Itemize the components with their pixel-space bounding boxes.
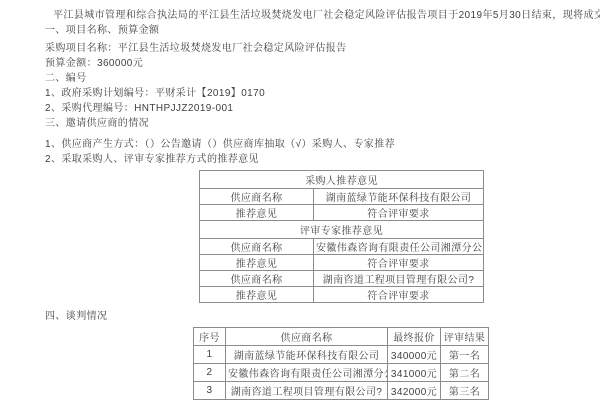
row-index-cell: 1 xyxy=(194,346,226,364)
buyer-recommendation-title: 采购人推荐意见 xyxy=(200,171,484,189)
supplier-cell: 安徽伟森咨询有限责任公司湘潭分公司 xyxy=(226,364,388,382)
recommend-opinion-label: 推荐意见 xyxy=(200,205,314,221)
intro-paragraph: 平江县城市管理和综合执法局的平江县生活垃圾焚烧发电厂社会稳定风险评估报告项目于2… xyxy=(0,8,600,23)
table-row: 3 湖南咨道工程项目管理有限公司? 342000元 第三名 xyxy=(194,382,489,400)
recommend-opinion-label: 推荐意见 xyxy=(200,255,314,271)
result-cell: 第二名 xyxy=(441,364,489,382)
section2-heading: 二、编号 xyxy=(0,71,600,86)
supplier-method-line: 1、供应商产生方式：（）公告邀请（）供应商库抽取（√）采购人、专家推荐 xyxy=(0,137,600,152)
supplier-name-value: 安徽伟森咨询有限责任公司湘潭分公司 xyxy=(314,239,484,255)
recommend-opinion-value: 符合评审要求 xyxy=(314,287,484,303)
agency-number-line: 2、采购代理编号：HNTHPJJZ2019-001 xyxy=(0,101,600,116)
recommendation-table: 采购人推荐意见 供应商名称 湖南蓝绿节能环保科技有限公司 推荐意见 符合评审要求… xyxy=(199,170,484,303)
section4-heading: 四、谈判情况 xyxy=(0,309,600,324)
supplier-name-label: 供应商名称 xyxy=(200,239,314,255)
supplier-cell: 湖南蓝绿节能环保科技有限公司 xyxy=(226,346,388,364)
price-cell: 342000元 xyxy=(388,382,441,400)
section3-heading: 三、邀请供应商的情况 xyxy=(0,116,600,131)
table-row: 1 湖南蓝绿节能环保科技有限公司 340000元 第一名 xyxy=(194,346,489,364)
plan-number-line: 1、政府采购计划编号：平财采计【2019】0170 xyxy=(0,86,600,101)
supplier-name-label: 供应商名称 xyxy=(200,189,314,205)
table-row: 供应商名称 湖南咨道工程项目管理有限公司? xyxy=(200,271,484,287)
section1-heading: 一、项目名称、预算金额 xyxy=(0,23,600,38)
project-name-line: 采购项目名称：平江县生活垃圾焚烧发电厂社会稳定风险评估报告 xyxy=(0,41,600,56)
result-cell: 第一名 xyxy=(441,346,489,364)
recommend-opinion-value: 符合评审要求 xyxy=(314,205,484,221)
expert-recommendation-title: 评审专家推荐意见 xyxy=(200,221,484,239)
table-row: 推荐意见 符合评审要求 xyxy=(200,205,484,221)
budget-line: 预算金额：360000元 xyxy=(0,56,600,71)
row-index-cell: 2 xyxy=(194,364,226,382)
document-page: 平江县城市管理和综合执法局的平江县生活垃圾焚烧发电厂社会稳定风险评估报告项目于2… xyxy=(0,0,600,400)
supplier-cell: 湖南咨道工程项目管理有限公司? xyxy=(226,382,388,400)
recommend-opinion-value: 符合评审要求 xyxy=(314,255,484,271)
table-row: 推荐意见 符合评审要求 xyxy=(200,287,484,303)
row-index-cell: 3 xyxy=(194,382,226,400)
recommendation-intro-line: 2、采取采购人、评审专家推荐方式的推荐意见 xyxy=(0,152,600,167)
table-row: 2 安徽伟森咨询有限责任公司湘潭分公司 341000元 第二名 xyxy=(194,364,489,382)
col-header-supplier: 供应商名称 xyxy=(226,328,388,346)
supplier-name-label: 供应商名称 xyxy=(200,271,314,287)
col-header-result: 评审结果 xyxy=(441,328,489,346)
price-cell: 341000元 xyxy=(388,364,441,382)
result-cell: 第三名 xyxy=(441,382,489,400)
col-header-price: 最终报价 xyxy=(388,328,441,346)
negotiation-result-table: 序号 供应商名称 最终报价 评审结果 1 湖南蓝绿节能环保科技有限公司 3400… xyxy=(193,327,489,400)
recommend-opinion-label: 推荐意见 xyxy=(200,287,314,303)
table-row: 评审专家推荐意见 xyxy=(200,221,484,239)
price-cell: 340000元 xyxy=(388,346,441,364)
supplier-name-value: 湖南咨道工程项目管理有限公司? xyxy=(314,271,484,287)
table-header-row: 序号 供应商名称 最终报价 评审结果 xyxy=(194,328,489,346)
supplier-name-value: 湖南蓝绿节能环保科技有限公司 xyxy=(314,189,484,205)
table-row: 供应商名称 湖南蓝绿节能环保科技有限公司 xyxy=(200,189,484,205)
table-row: 采购人推荐意见 xyxy=(200,171,484,189)
table-row: 推荐意见 符合评审要求 xyxy=(200,255,484,271)
table-row: 供应商名称 安徽伟森咨询有限责任公司湘潭分公司 xyxy=(200,239,484,255)
col-header-index: 序号 xyxy=(194,328,226,346)
